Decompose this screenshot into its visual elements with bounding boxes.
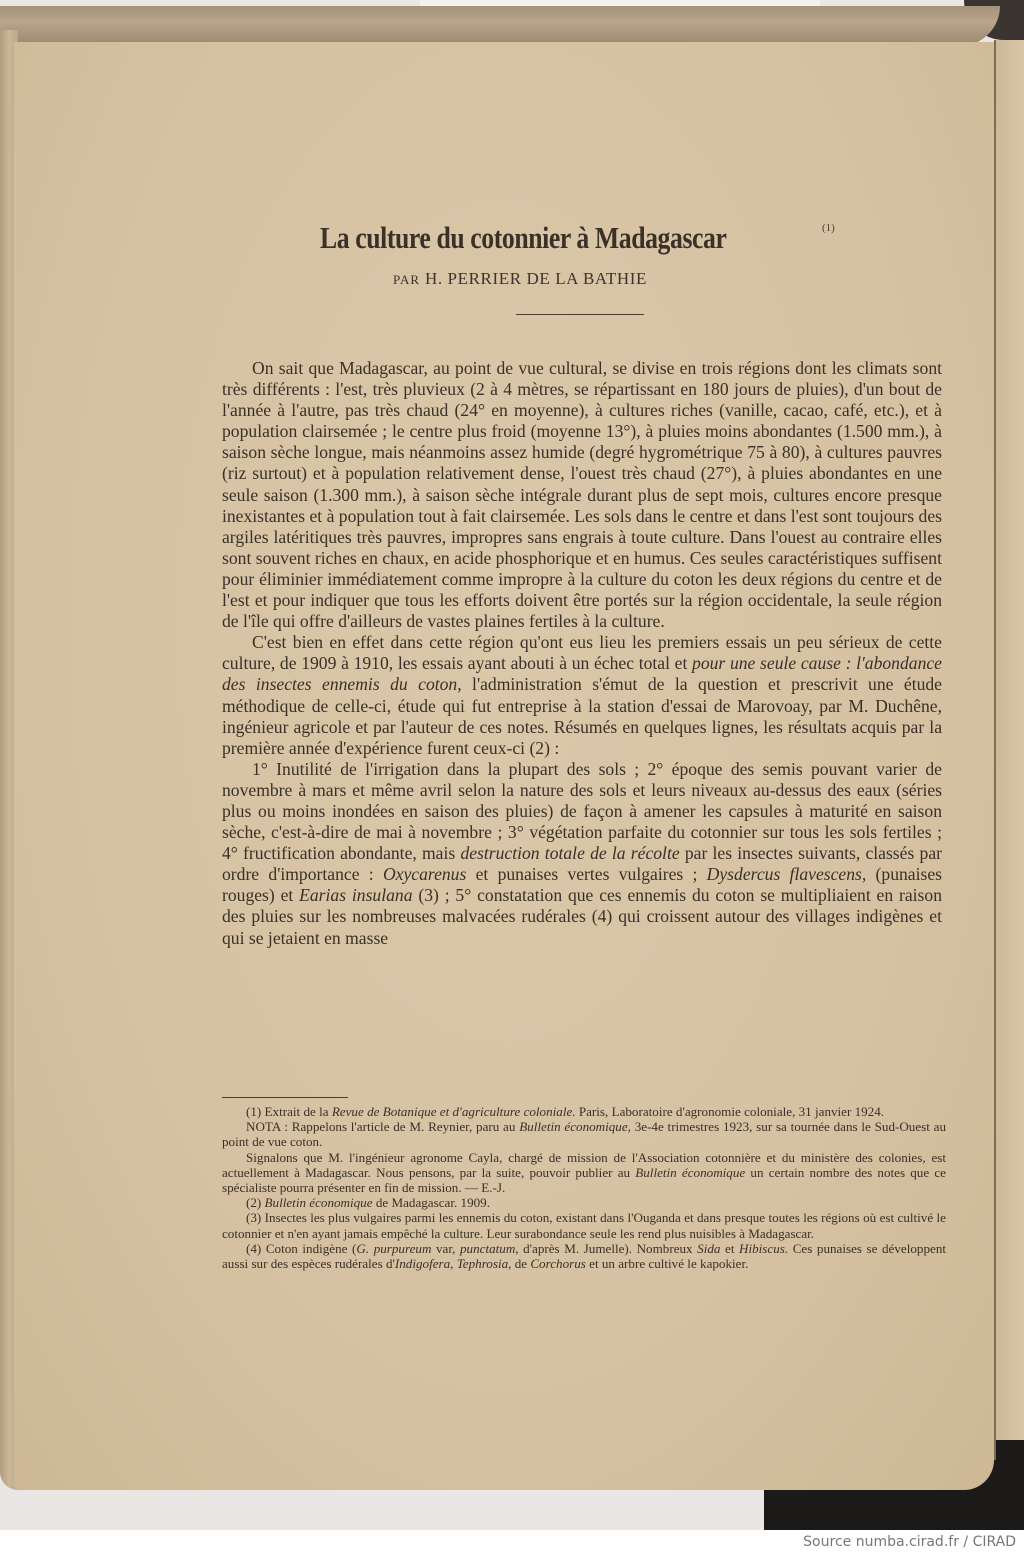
italic-text: punctatum, bbox=[460, 1241, 519, 1256]
text-segment: (1) Extrait de la bbox=[246, 1104, 332, 1119]
byline-prefix: PAR bbox=[393, 272, 420, 287]
page-stack-top-edge bbox=[0, 6, 1000, 46]
footnote: (2) Bulletin économique de Madagascar. 1… bbox=[222, 1195, 946, 1210]
title-divider bbox=[516, 314, 644, 315]
italic-text: Bulletin économique bbox=[265, 1195, 373, 1210]
footnote: (4) Coton indigène (G. purpureum var, pu… bbox=[222, 1241, 946, 1271]
text-segment: et bbox=[720, 1241, 739, 1256]
text-segment: (2) bbox=[246, 1195, 265, 1210]
author-byline: PAR H. PERRIER DE LA BATHIE bbox=[0, 269, 1024, 289]
facing-page-strip bbox=[996, 40, 1024, 1440]
text-segment: NOTA : Rappelons l'article de M. Reynier… bbox=[246, 1119, 519, 1134]
italic-text: Indigofera, Tephrosia, bbox=[395, 1256, 512, 1271]
text-segment: Paris, Laboratoire d'agronomie coloniale… bbox=[576, 1104, 885, 1119]
paragraph: C'est bien en effet dans cette région qu… bbox=[222, 632, 942, 759]
text-segment: de bbox=[511, 1256, 530, 1271]
source-caption: Source numba.cirad.fr / CIRAD bbox=[803, 1534, 1016, 1550]
article-title: La culture du cotonnier à Madagascar bbox=[320, 220, 727, 256]
paragraph: 1° Inutilité de l'irrigation dans la plu… bbox=[222, 759, 942, 949]
paragraph: On sait que Madagascar, au point de vue … bbox=[222, 358, 942, 632]
footnote-divider bbox=[222, 1097, 348, 1098]
italic-text: Sida bbox=[697, 1241, 720, 1256]
page-fold-line bbox=[994, 40, 996, 1460]
text-segment: d'après M. Jumelle). Nombreux bbox=[519, 1241, 698, 1256]
article-body: On sait que Madagascar, au point de vue … bbox=[222, 358, 942, 949]
italic-text: Dysdercus flavescens, bbox=[707, 864, 867, 884]
text-segment: (4) Coton indigène ( bbox=[246, 1241, 356, 1256]
footnote: Signalons que M. l'ingénieur agronome Ca… bbox=[222, 1150, 946, 1196]
italic-text: Oxycarenus bbox=[383, 864, 466, 884]
italic-text: Earias insulana bbox=[299, 885, 412, 905]
italic-text: Hibiscus. bbox=[739, 1241, 788, 1256]
text-segment: (3) Insectes les plus vulgaires parmi le… bbox=[222, 1210, 946, 1240]
italic-text: Bulletin économique, bbox=[519, 1119, 631, 1134]
italic-text: Corchorus bbox=[530, 1256, 586, 1271]
text-segment: et punaises vertes vulgaires ; bbox=[466, 864, 706, 884]
author-name: H. PERRIER DE LA BATHIE bbox=[425, 269, 647, 288]
footnote: (3) Insectes les plus vulgaires parmi le… bbox=[222, 1210, 946, 1240]
text-segment: et un arbre cultivé le kapokier. bbox=[586, 1256, 749, 1271]
italic-text: G. purpureum bbox=[356, 1241, 431, 1256]
italic-text: Revue de Botanique et d'agriculture colo… bbox=[332, 1104, 576, 1119]
text-segment: On sait que Madagascar, au point de vue … bbox=[222, 358, 942, 631]
italic-text: destruction totale de la récolte bbox=[460, 843, 679, 863]
text-segment: de Madagascar. 1909. bbox=[373, 1195, 490, 1210]
italic-text: Bulletin économique bbox=[635, 1165, 745, 1180]
footnotes: (1) Extrait de la Revue de Botanique et … bbox=[222, 1104, 946, 1271]
footnote: (1) Extrait de la Revue de Botanique et … bbox=[222, 1104, 946, 1119]
text-segment: var, bbox=[431, 1241, 460, 1256]
footnote: NOTA : Rappelons l'article de M. Reynier… bbox=[222, 1119, 946, 1149]
title-footnote-marker: (1) bbox=[822, 222, 835, 234]
